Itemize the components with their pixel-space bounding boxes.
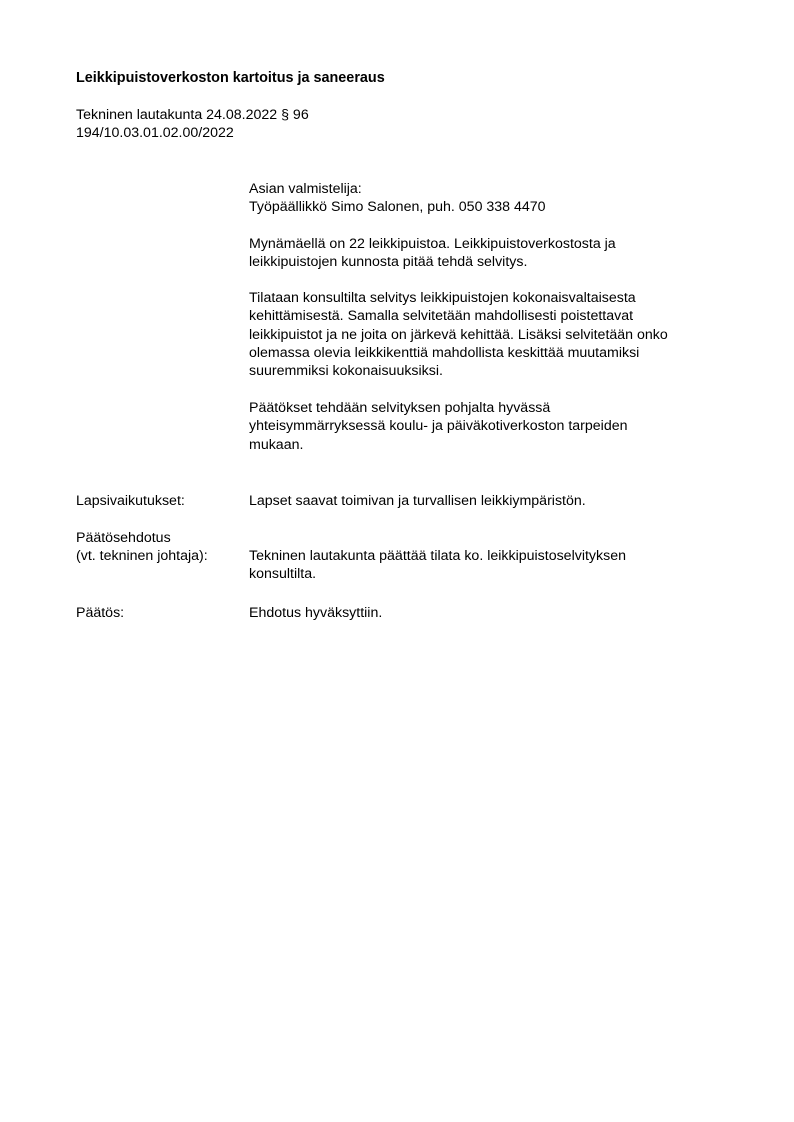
paragraph-line: Mynämäellä on 22 leikkipuistoa. Leikkipu… bbox=[249, 235, 739, 253]
section-value-lapsivaikutukset: Lapset saavat toimivan ja turvallisen le… bbox=[249, 492, 586, 510]
section-label: Päätösehdotus bbox=[76, 529, 208, 547]
section-value: Lapset saavat toimivan ja turvallisen le… bbox=[249, 492, 586, 510]
paragraph-line: suuremmiksi kokonaisuuksiksi. bbox=[249, 362, 739, 380]
preparer-name: Työpäällikkö Simo Salonen, puh. 050 338 … bbox=[249, 198, 739, 216]
document-title: Leikkipuistoverkoston kartoitus ja sanee… bbox=[76, 69, 385, 87]
section-value: Tekninen lautakunta päättää tilata ko. l… bbox=[249, 547, 626, 565]
meeting-info: Tekninen lautakunta 24.08.2022 § 96 194/… bbox=[76, 106, 309, 142]
section-value: konsultilta. bbox=[249, 565, 626, 583]
section-label: (vt. tekninen johtaja): bbox=[76, 547, 208, 565]
meeting-line: Tekninen lautakunta 24.08.2022 § 96 bbox=[76, 106, 309, 124]
preparer-block: Asian valmistelija: Työpäällikkö Simo Sa… bbox=[249, 180, 739, 217]
section-value-paatosehdotus: Tekninen lautakunta päättää tilata ko. l… bbox=[249, 547, 626, 584]
paragraph-3: Päätökset tehdään selvityksen pohjalta h… bbox=[249, 399, 739, 454]
document-page: Leikkipuistoverkoston kartoitus ja sanee… bbox=[0, 0, 794, 1122]
paragraph-2: Tilataan konsultilta selvitys leikkipuis… bbox=[249, 289, 739, 380]
paragraph-line: kehittämisestä. Samalla selvitetään mahd… bbox=[249, 307, 739, 325]
paragraph-1: Mynämäellä on 22 leikkipuistoa. Leikkipu… bbox=[249, 235, 739, 272]
paragraph-line: leikkipuistojen kunnosta pitää tehdä sel… bbox=[249, 253, 739, 271]
section-label: Lapsivaikutukset: bbox=[76, 492, 185, 510]
section-label-paatosehdotus: Päätösehdotus (vt. tekninen johtaja): bbox=[76, 529, 208, 566]
paragraph-line: yhteisymmärryksessä koulu- ja päiväkotiv… bbox=[249, 417, 739, 435]
paragraph-line: olemassa olevia leikkikenttiä mahdollist… bbox=[249, 344, 739, 362]
section-label-lapsivaikutukset: Lapsivaikutukset: bbox=[76, 492, 185, 510]
section-value: Ehdotus hyväksyttiin. bbox=[249, 604, 382, 622]
paragraph-line: Tilataan konsultilta selvitys leikkipuis… bbox=[249, 289, 739, 307]
paragraph-line: leikkipuistot ja ne joita on järkevä keh… bbox=[249, 326, 739, 344]
section-label-paatos: Päätös: bbox=[76, 604, 124, 622]
paragraph-line: mukaan. bbox=[249, 436, 739, 454]
paragraph-line: Päätökset tehdään selvityksen pohjalta h… bbox=[249, 399, 739, 417]
section-value-paatos: Ehdotus hyväksyttiin. bbox=[249, 604, 382, 622]
reference-number: 194/10.03.01.02.00/2022 bbox=[76, 124, 309, 142]
section-label: Päätös: bbox=[76, 604, 124, 622]
preparer-label: Asian valmistelija: bbox=[249, 180, 739, 198]
